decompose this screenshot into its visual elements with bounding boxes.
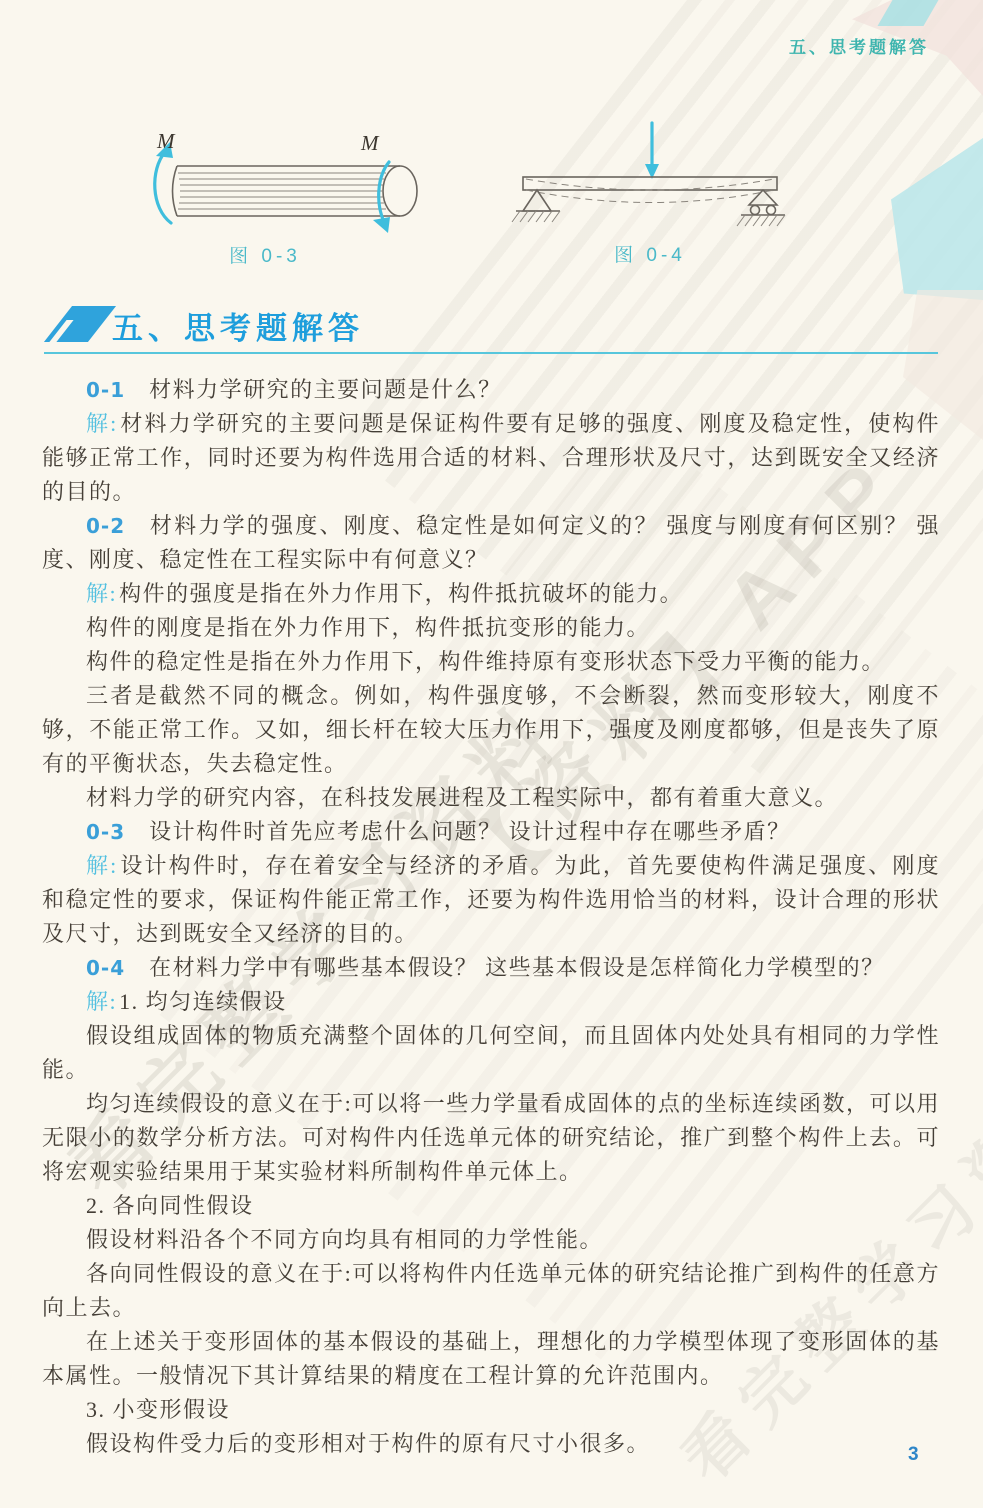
moment-label-left: M [156,129,176,153]
solution-text: 材料力学研究的主要问题是保证构件要有足够的强度、刚度及稳定性，使构件能够正常工作… [42,411,940,504]
question-text: 在材料力学中有哪些基本假设？ 这些基本假设是怎样简化力学模型的？ [149,955,885,980]
solution-text: 设计构件时，存在着安全与经济的矛盾。为此，首先要使构件满足强度、刚度和稳定性的要… [42,853,940,946]
body-paragraph: 假设组成固体的物质充满整个固体的几何空间，而且固体内处处具有相同的力学性能。 [42,1019,940,1087]
body-paragraph: 构件的稳定性是指在外力作用下，构件维持原有变形状态下受力平衡的能力。 [42,645,940,679]
figure-bent-beam: 图 0-4 [480,115,820,267]
body-paragraph: 在上述关于变形固体的基本假设的基础上，理想化的力学模型体现了变形固体的基本属性。… [42,1325,940,1393]
bent-beam-drawing [480,115,820,233]
figure-caption: 图 0-4 [480,240,820,267]
torsion-shaft-drawing: M M [95,128,435,234]
body-paragraph: 假设材料沿各个不同方向均具有相同的力学性能。 [42,1223,940,1257]
body-text: 2. 各向同性假设 [86,1193,254,1218]
body-text: 各向同性假设的意义在于:可以将构件内任选单元体的研究结论推广到构件的任意方向上去… [42,1261,940,1320]
body-text: 在上述关于变形固体的基本假设的基础上，理想化的力学模型体现了变形固体的基本属性。… [42,1329,940,1388]
qa-content: 0-1材料力学研究的主要问题是什么？ 解:材料力学研究的主要问题是保证构件要有足… [42,373,940,1461]
corner-decoration-teal [891,138,983,300]
figure-caption: 图 0-3 [95,241,435,268]
textbook-page: { "page": { "header_right": "五、思考题解答", "… [0,0,983,1508]
question-paragraph: 0-3设计构件时首先应考虑什么问题？ 设计过程中存在哪些矛盾？ [42,815,940,849]
body-paragraph: 3. 小变形假设 [42,1393,940,1427]
body-text: 构件的刚度是指在外力作用下，构件抵抗变形的能力。 [86,615,650,640]
body-text: 假设组成固体的物质充满整个固体的几何空间，而且固体内处处具有相同的力学性能。 [42,1023,940,1082]
moment-label-right: M [360,131,380,155]
solution-paragraph: 解:设计构件时，存在着安全与经济的矛盾。为此，首先要使构件满足强度、刚度和稳定性… [42,849,940,951]
body-paragraph: 构件的刚度是指在外力作用下，构件抵抗变形的能力。 [42,611,940,645]
body-text: 均匀连续假设的意义在于:可以将一些力学量看成固体的点的坐标连续函数，可以用无限小… [42,1091,940,1184]
solution-marker: 解: [86,853,118,878]
solution-paragraph: 解:1. 均匀连续假设 [42,985,940,1019]
body-text: 假设构件受力后的变形相对于构件的原有尺寸小很多。 [86,1431,650,1456]
question-paragraph: 0-4在材料力学中有哪些基本假设？ 这些基本假设是怎样简化力学模型的？ [42,951,940,985]
figure-torsion-shaft: M M 图 0-3 [95,128,435,268]
body-text: 构件的稳定性是指在外力作用下，构件维持原有变形状态下受力平衡的能力。 [86,649,885,674]
solution-text: 1. 均匀连续假设 [119,989,287,1014]
question-number: 0-3 [86,820,125,844]
body-paragraph: 材料力学的研究内容，在科技发展进程及工程实际中，都有着重大意义。 [42,781,940,815]
corner-decoration-teal [877,0,938,26]
body-paragraph: 假设构件受力后的变形相对于构件的原有尺寸小很多。 [42,1427,940,1461]
question-number: 0-1 [86,378,125,402]
solution-marker: 解: [86,581,117,606]
question-paragraph: 0-1材料力学研究的主要问题是什么？ [42,373,940,407]
solution-marker: 解: [86,989,117,1014]
body-text: 材料力学的研究内容，在科技发展进程及工程实际中，都有着重大意义。 [86,785,838,810]
section-underline [44,352,938,354]
body-paragraph: 三者是截然不同的概念。例如，构件强度够，不会断裂，然而变形较大，刚度不够，不能正… [42,679,940,781]
body-paragraph: 2. 各向同性假设 [42,1189,940,1223]
question-text: 设计构件时首先应考虑什么问题？ 设计过程中存在哪些矛盾？ [149,819,791,844]
body-text: 三者是截然不同的概念。例如，构件强度够，不会断裂，然而变形较大，刚度不够，不能正… [42,683,940,776]
body-text: 3. 小变形假设 [86,1397,230,1422]
question-paragraph: 0-2材料力学的强度、刚度、稳定性是如何定义的？ 强度与刚度有何区别？ 强度、刚… [42,509,940,577]
question-number: 0-4 [86,956,125,980]
running-header: 五、思考题解答 [789,33,929,58]
solution-paragraph: 解:构件的强度是指在外力作用下，构件抵抗破坏的能力。 [42,577,940,611]
question-text: 材料力学的强度、刚度、稳定性是如何定义的？ 强度与刚度有何区别？ 强度、刚度、稳… [42,513,940,572]
body-text: 假设材料沿各个不同方向均具有相同的力学性能。 [86,1227,603,1252]
body-paragraph: 各向同性假设的意义在于:可以将构件内任选单元体的研究结论推广到构件的任意方向上去… [42,1257,940,1325]
solution-marker: 解: [86,411,118,436]
question-text: 材料力学研究的主要问题是什么？ [149,377,502,402]
section-title: 五、思考题解答 [112,303,364,348]
solution-text: 构件的强度是指在外力作用下，构件抵抗破坏的能力。 [119,581,683,606]
section-heading: 五、思考题解答 [44,302,938,358]
question-number: 0-2 [86,514,125,538]
body-paragraph: 均匀连续假设的意义在于:可以将一些力学量看成固体的点的坐标连续函数，可以用无限小… [42,1087,940,1189]
solution-paragraph: 解:材料力学研究的主要问题是保证构件要有足够的强度、刚度及稳定性，使构件能够正常… [42,407,940,509]
